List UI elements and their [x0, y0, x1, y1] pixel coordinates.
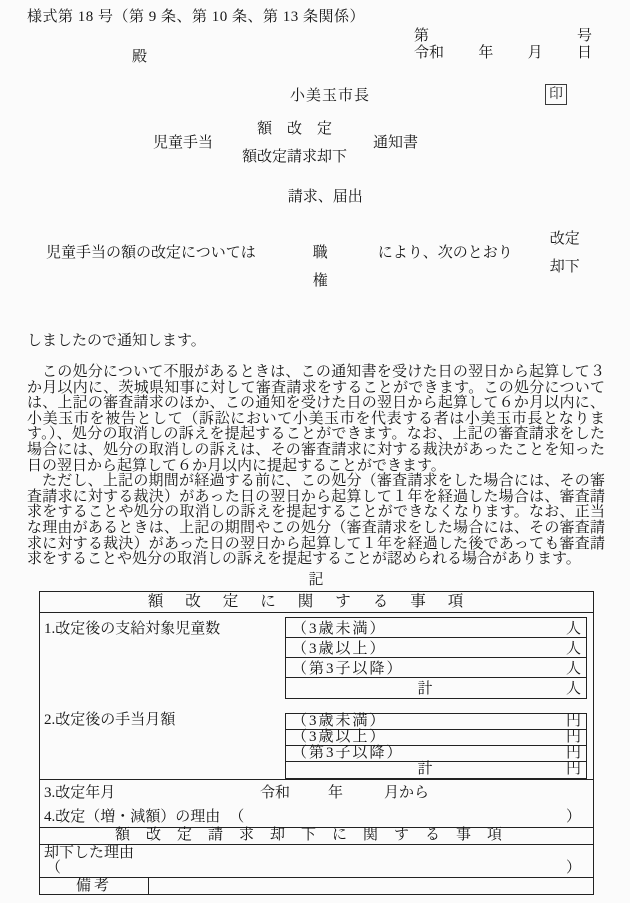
doc-number-line: 第 号: [414, 28, 592, 45]
remarks-row: 備考: [40, 877, 593, 894]
remarks-value-cell: [149, 878, 593, 894]
monthly-amount-subtable: （3歳未満） 円 （3歳以上） 円 （第3子以降） 円 計 円: [285, 713, 587, 779]
form-number: 様式第 18 号（第 9 条、第 10 条、第 13 条関係）: [27, 8, 605, 26]
table-row: （3歳以上） 円: [286, 730, 586, 746]
appeal-paragraph-2: ただし、上記の期間が経過する前に、この処分（審査請求をした場合には、その審査請求…: [27, 474, 605, 568]
item3-era: 令和: [260, 785, 290, 801]
item4-open-paren: （: [229, 809, 244, 825]
sentence-tail: しましたので通知します。: [27, 333, 605, 349]
date-era: 令和: [414, 45, 444, 62]
decision-option-reject: 却下: [550, 253, 580, 281]
item4-reason-row: 4.改定（増・減額）の理由 （ ）: [40, 807, 593, 827]
table-row: （3歳未満） 円: [286, 714, 586, 730]
basis-option-stack: 請求、届出 職 権: [283, 183, 368, 323]
item2-label: 2.改定後の手当月額: [44, 712, 175, 728]
item3-month-from-label: 月から: [384, 785, 429, 801]
basis-option-authority: 職 権: [283, 211, 368, 323]
title-option-revision: 額 改 定: [257, 115, 332, 143]
issuer-name: 小美玉市長: [290, 84, 370, 105]
rejection-reason-cell: 却下した理由 （ ）: [40, 845, 593, 877]
document-title: 児童手当 額 改 定 額改定請求却下 通知書: [153, 115, 605, 171]
rejection-reason-parens: （ ）: [44, 861, 593, 876]
item3-label: 3.改定年月: [44, 785, 115, 801]
table-row: （3歳未満） 人: [286, 618, 586, 638]
revision-details-table: 額改定に関する事項 1.改定後の支給対象児童数 2.改定後の手当月額 （3歳未満…: [39, 591, 594, 895]
decision-option-stack: 改定 却下: [550, 225, 580, 281]
title-option-stack: 額 改 定 額改定請求却下: [242, 115, 347, 171]
table-section1-header: 額改定に関する事項: [40, 592, 593, 613]
decision-option-revise: 改定: [550, 225, 580, 253]
doc-number-suffix: 号: [577, 28, 592, 45]
seal-placeholder: 印: [545, 84, 567, 105]
issuer-line: 小美玉市長 印: [27, 83, 605, 105]
table-row: （第3子以降） 人: [286, 658, 586, 678]
children-count-subtable: （3歳未満） 人 （3歳以上） 人 （第3子以降） 人 計 人: [285, 617, 587, 699]
sentence-lead: 児童手当の額の改定については: [46, 243, 256, 263]
item1-label: 1.改定後の支給対象児童数: [44, 621, 220, 637]
doc-number-prefix: 第: [414, 28, 429, 45]
item4-label: 4.改定（増・減額）の理由: [40, 809, 220, 825]
table-row-total: 計 円: [286, 762, 586, 778]
table-section2-header: 額改定請求却下に関する事項: [40, 827, 593, 845]
table-row: （第3子以降） 円: [286, 746, 586, 762]
basis-option-request: 請求、届出: [288, 183, 363, 211]
table-row-total: 計 人: [286, 678, 586, 698]
date-month-label: 月: [528, 45, 543, 62]
sentence-middle: により、次のとおり: [378, 243, 513, 263]
item3-revision-date-row: 3.改定年月 令和 年 月から: [40, 779, 593, 807]
notification-document: 様式第 18 号（第 9 条、第 10 条、第 13 条関係） 第 号 令和 年…: [0, 0, 630, 903]
lead-sentence: 児童手当の額の改定については 請求、届出 職 権 により、次のとおり 改定 却下: [46, 183, 605, 323]
date-year-label: 年: [478, 45, 493, 62]
rejection-reason-label: 却下した理由: [44, 845, 593, 861]
item3-year-label: 年: [328, 785, 343, 801]
remarks-label: 備考: [40, 878, 149, 894]
title-left: 児童手当: [153, 133, 213, 153]
title-right: 通知書: [373, 133, 418, 153]
item4-close-paren: ）: [566, 809, 593, 825]
table-row: （3歳以上） 人: [286, 638, 586, 658]
appeal-paragraph-1: この処分について不服があるときは、この通知書を受けた日の翌日から起算して３か月以…: [27, 365, 605, 474]
table-items-1-2: 1.改定後の支給対象児童数 2.改定後の手当月額 （3歳未満） 人 （3歳以上）…: [40, 613, 593, 779]
date-day-label: 日: [577, 45, 592, 62]
title-option-rejection: 額改定請求却下: [242, 143, 347, 171]
ki-heading: 記: [27, 572, 605, 589]
